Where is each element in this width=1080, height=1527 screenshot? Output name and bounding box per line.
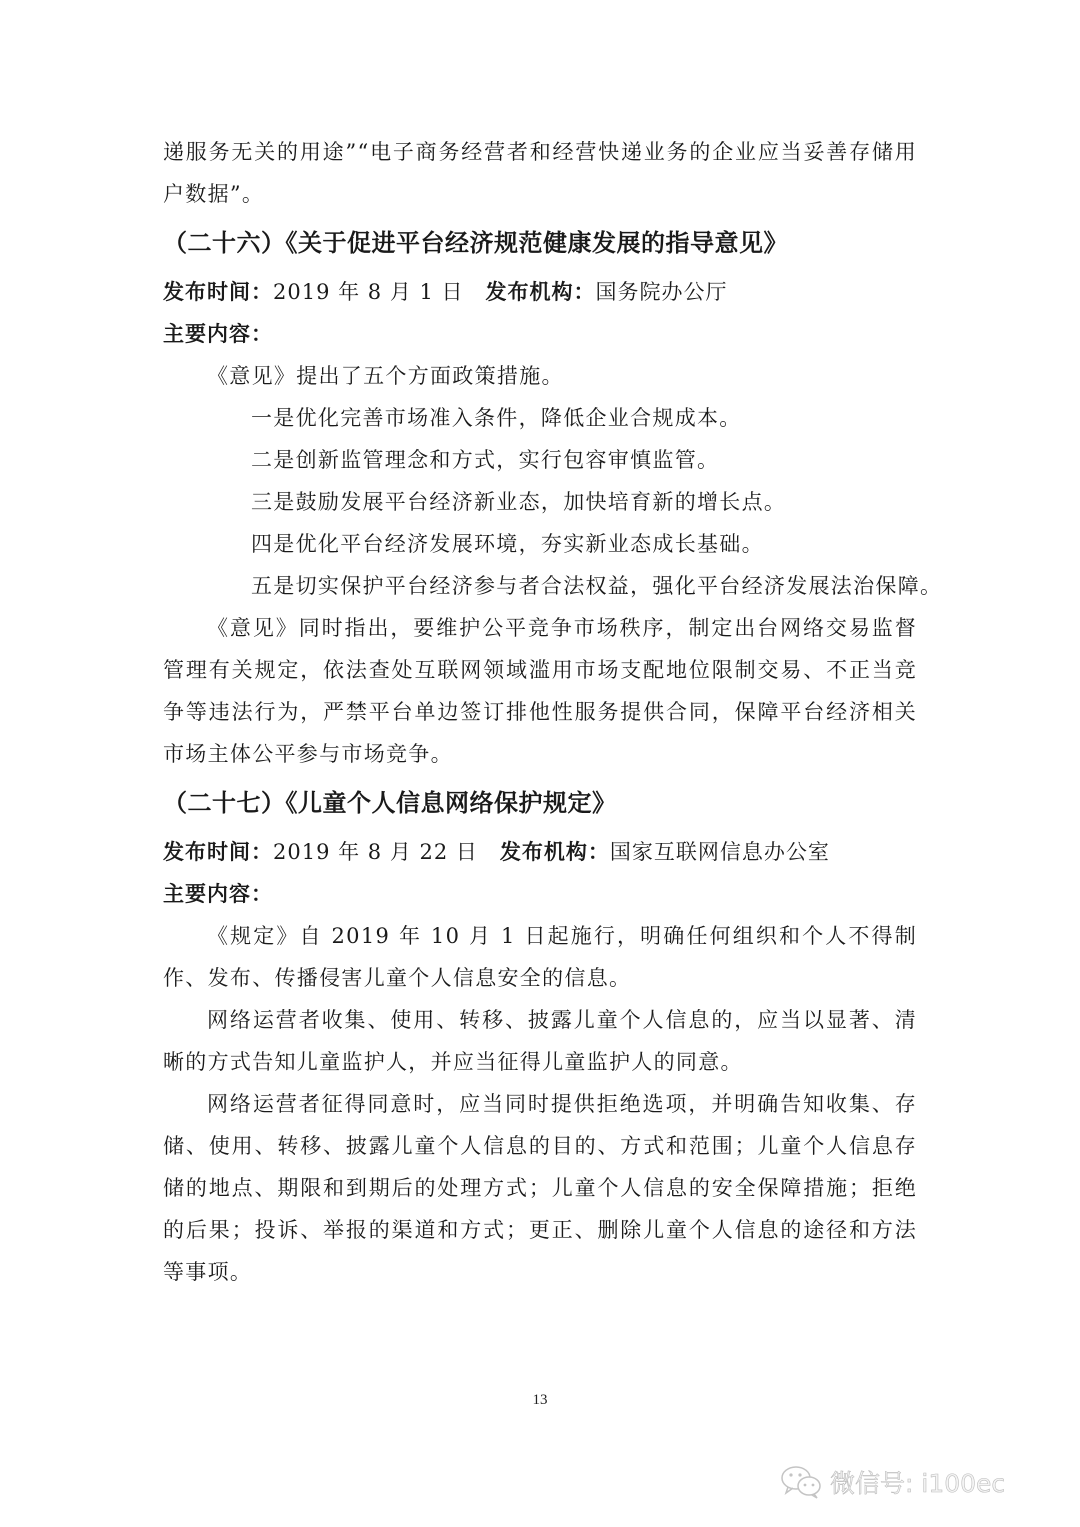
publisher-label: 发布机构： <box>486 280 596 304</box>
publish-time: 2019 年 8 月 22 日 <box>273 840 478 864</box>
body-paragraph: 网络运营者征得同意时，应当同时提供拒绝选项，并明确告知收集、存储、使用、转移、披… <box>163 1083 917 1293</box>
publish-info: 发布时间：2019 年 8 月 22 日发布机构：国家互联网信息办公室 <box>163 831 917 873</box>
watermark-text: 微信号: i100ec <box>830 1464 1005 1500</box>
publish-time: 2019 年 8 月 1 日 <box>273 280 464 304</box>
publish-time-label: 发布时间： <box>163 280 273 304</box>
page-number: 13 <box>0 1392 1080 1409</box>
section-26: （二十六）《关于促进平台经济规范健康发展的指导意见》 发布时间：2019 年 8… <box>163 218 917 775</box>
publisher: 国务院办公厅 <box>596 280 728 304</box>
measure-item: 一是优化完善市场准入条件，降低企业合规成本。 <box>163 397 917 439</box>
closing-paragraph: 《意见》同时指出，要维护公平竞争市场秩序，制定出台网络交易监督管理有关规定，依法… <box>163 607 917 775</box>
watermark: 微信号: i100ec <box>780 1462 1005 1502</box>
publisher: 国家互联网信息办公室 <box>610 840 830 864</box>
continuation-paragraph: 递服务无关的用途”“电子商务经营者和经营快递业务的企业应当妥善存储用户数据”。 <box>163 131 917 215</box>
measure-item: 四是优化平台经济发展环境，夯实新业态成长基础。 <box>163 523 917 565</box>
body-paragraph: 《规定》自 2019 年 10 月 1 日起施行，明确任何组织和个人不得制作、发… <box>163 915 917 999</box>
publisher-label: 发布机构： <box>500 840 610 864</box>
body-paragraph: 网络运营者收集、使用、转移、披露儿童个人信息的，应当以显著、清晰的方式告知儿童监… <box>163 999 917 1083</box>
document-page: 递服务无关的用途”“电子商务经营者和经营快递业务的企业应当妥善存储用户数据”。 … <box>163 131 917 1293</box>
measure-item: 二是创新监管理念和方式，实行包容审慎监管。 <box>163 439 917 481</box>
publish-info: 发布时间：2019 年 8 月 1 日发布机构：国务院办公厅 <box>163 271 917 313</box>
publish-time-label: 发布时间： <box>163 840 273 864</box>
content-label: 主要内容： <box>163 313 917 355</box>
section-heading: （二十七）《儿童个人信息网络保护规定》 <box>163 778 917 828</box>
intro-paragraph: 《意见》提出了五个方面政策措施。 <box>163 355 917 397</box>
section-heading: （二十六）《关于促进平台经济规范健康发展的指导意见》 <box>163 218 917 268</box>
measure-item: 三是鼓励发展平台经济新业态，加快培育新的增长点。 <box>163 481 917 523</box>
section-27: （二十七）《儿童个人信息网络保护规定》 发布时间：2019 年 8 月 22 日… <box>163 778 917 1293</box>
content-label: 主要内容： <box>163 873 917 915</box>
wechat-icon <box>780 1464 824 1500</box>
measure-item: 五是切实保护平台经济参与者合法权益，强化平台经济发展法治保障。 <box>163 565 917 607</box>
